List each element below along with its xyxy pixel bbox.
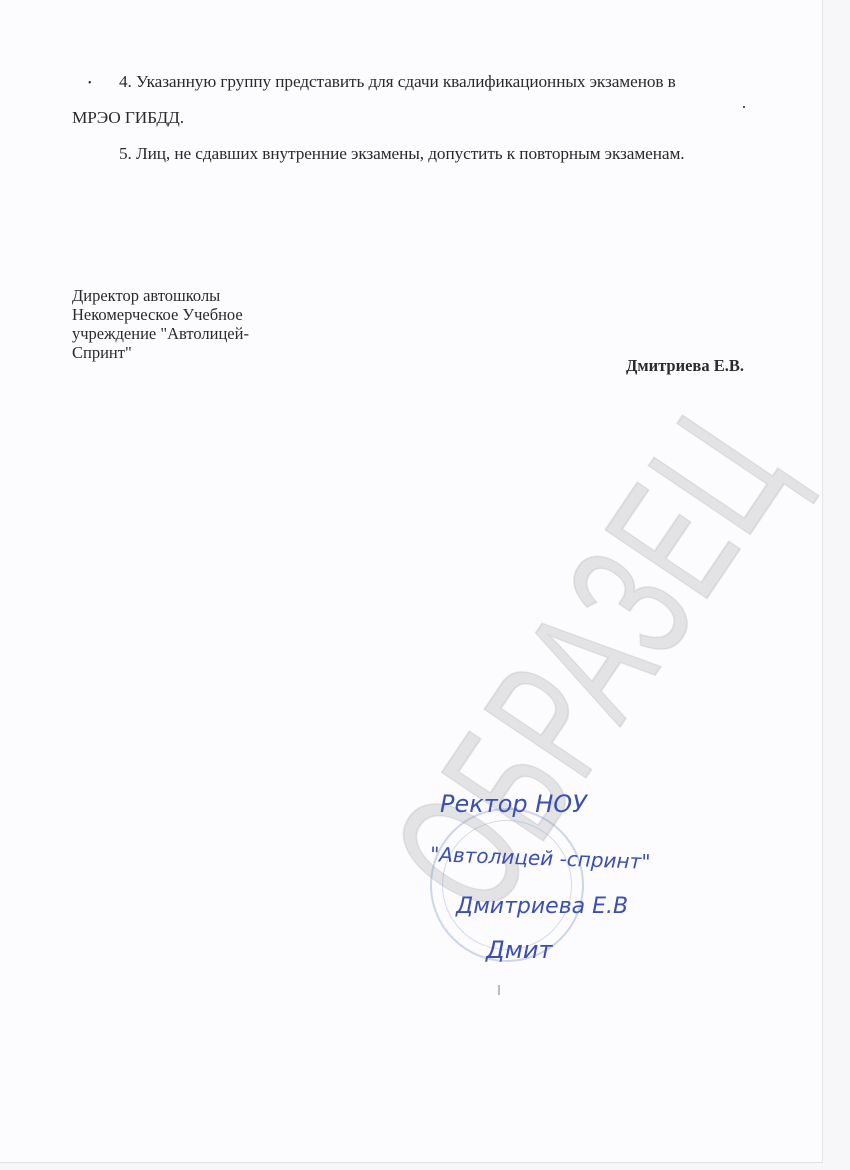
handwritten-signature: Дмит bbox=[486, 936, 552, 964]
document-page: • 4. Указанную группу представить для сд… bbox=[0, 0, 823, 1163]
item-4-line-1: 4. Указанную группу представить для сдач… bbox=[119, 72, 676, 92]
handwritten-line-3: Дмитриева Е.В bbox=[456, 894, 628, 919]
title-line: учреждение "Автолицей- bbox=[72, 324, 249, 343]
signer-name: Дмитриева Е.В. bbox=[626, 356, 744, 376]
item-5: 5. Лиц, не сдавших внутренние экзамены, … bbox=[119, 144, 685, 164]
scan-mark bbox=[498, 985, 500, 995]
handwritten-line-1: Ректор НОУ bbox=[440, 790, 587, 818]
signature-title: Директор автошколы Некомерческое Учебное… bbox=[72, 286, 249, 362]
scan-speck bbox=[743, 106, 745, 108]
title-line: Спринт" bbox=[72, 343, 249, 362]
bullet-icon: • bbox=[88, 78, 92, 89]
title-line: Директор автошколы bbox=[72, 286, 249, 305]
item-4-line-2: МРЭО ГИБДД. bbox=[72, 108, 184, 128]
title-line: Некомерческое Учебное bbox=[72, 305, 249, 324]
